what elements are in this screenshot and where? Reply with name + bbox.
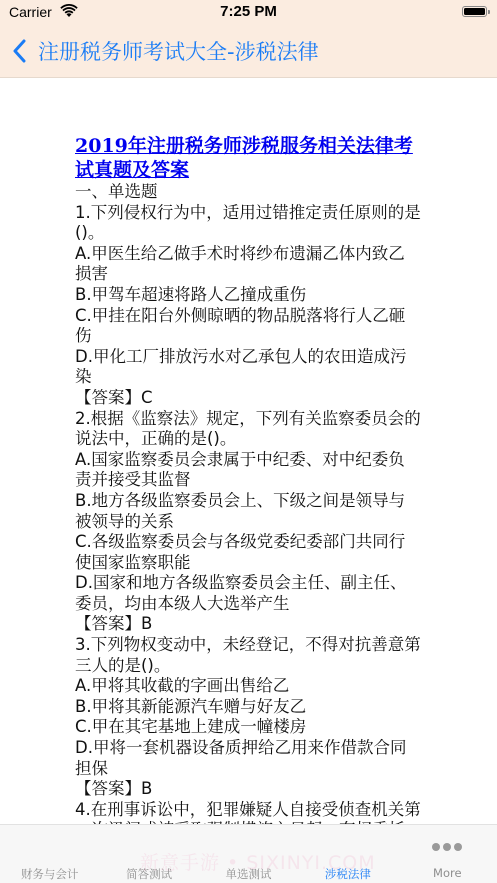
text-line: A.甲医生给乙做手术时将纱布遗漏乙体内致乙 [75, 244, 425, 265]
article-title-line: 试真题及答案 [75, 159, 189, 181]
text-line: 染 [75, 367, 425, 388]
text-line: B.地方各级监察委员会上、下级之间是领导与 [75, 491, 425, 512]
battery-icon [462, 6, 487, 17]
article-title-line: 2019年注册税务师涉税服务相关法律考 [75, 135, 413, 157]
more-dots-icon [398, 843, 497, 851]
chevron-left-icon [12, 39, 26, 63]
text-line: 一、单选题 [75, 182, 425, 203]
status-bar: Carrier 7:25 PM [0, 0, 497, 24]
article-title-link[interactable]: 2019年注册税务师涉税服务相关法律考 试真题及答案 [75, 134, 425, 182]
text-line: 使国家监察职能 [75, 553, 425, 574]
article-body: 一、单选题1.下列侵权行为中，适用过错推定责任原则的是()。A.甲医生给乙做手术… [75, 182, 425, 841]
tab-label: 单选测试 [199, 866, 298, 882]
text-line: 被领导的关系 [75, 512, 425, 533]
answer-line: 【答案】B [75, 779, 425, 800]
text-line: D.甲将一套机器设备质押给乙用来作借款合同 [75, 738, 425, 759]
text-line: 3.下列物权变动中，未经登记，不得对抗善意第 [75, 635, 425, 656]
battery-tip [488, 10, 490, 14]
navigation-bar: 注册税务师考试大全-涉税法律 [0, 24, 497, 78]
text-line: C.甲在其宅基地上建成一幢楼房 [75, 717, 425, 738]
tab-single-choice-test[interactable]: 单选测试 [199, 825, 298, 883]
text-line: A.国家监察委员会隶属于中纪委、对中纪委负 [75, 450, 425, 471]
answer-line: 【答案】C [75, 388, 425, 409]
nav-title: 注册税务师考试大全-涉税法律 [38, 36, 319, 66]
text-line: 说法中，正确的是()。 [75, 429, 425, 450]
tab-finance-accounting[interactable]: 财务与会计 [0, 825, 99, 883]
tab-more[interactable]: More [398, 825, 497, 883]
tab-bar: 财务与会计 简答测试 单选测试 涉税法律 More 新意手游 • SIXINYI… [0, 824, 497, 883]
article-content: 2019年注册税务师涉税服务相关法律考 试真题及答案 一、单选题1.下列侵权行为… [75, 134, 425, 841]
text-line: 委员，均由本级人大选举产生 [75, 594, 425, 615]
text-line: 2.根据《监察法》规定，下列有关监察委员会的 [75, 409, 425, 430]
tab-label: 涉税法律 [298, 866, 397, 882]
text-line: D.国家和地方各级监察委员会主任、副主任、 [75, 573, 425, 594]
tab-label: 简答测试 [99, 866, 198, 882]
text-line: 1.下列侵权行为中，适用过错推定责任原则的是 [75, 203, 425, 224]
text-line: 三人的是()。 [75, 656, 425, 677]
text-line: 伤 [75, 326, 425, 347]
text-line: 损害 [75, 264, 425, 285]
text-line: 担保 [75, 759, 425, 780]
text-line: A.甲将其收截的字画出售给乙 [75, 676, 425, 697]
answer-line: 【答案】B [75, 614, 425, 635]
text-line: B.甲将其新能源汽车赠与好友乙 [75, 697, 425, 718]
tab-tax-law[interactable]: 涉税法律 [298, 825, 397, 883]
text-line: C.甲挂在阳台外侧晾晒的物品脱落将行人乙砸 [75, 306, 425, 327]
text-line: ()。 [75, 223, 425, 244]
clock: 7:25 PM [0, 3, 497, 20]
text-line: 4.在刑事诉讼中，犯罪嫌疑人自接受侦查机关第 [75, 800, 425, 821]
text-line: C.各级监察委员会与各级党委纪委部门共同行 [75, 532, 425, 553]
tab-short-answer-test[interactable]: 简答测试 [99, 825, 198, 883]
text-line: D.甲化工厂排放污水对乙承包人的农田造成污 [75, 347, 425, 368]
text-line: 责并接受其监督 [75, 470, 425, 491]
tab-label: More [398, 866, 497, 880]
back-button[interactable]: 注册税务师考试大全-涉税法律 [12, 36, 319, 66]
tab-label: 财务与会计 [0, 866, 99, 882]
text-line: B.甲驾车超速将路人乙撞成重伤 [75, 285, 425, 306]
